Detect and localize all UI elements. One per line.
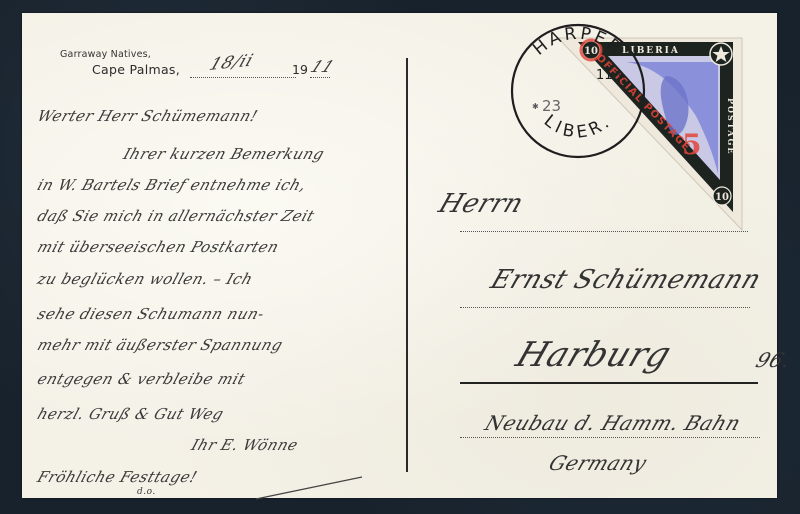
signature: Ihr E. Wönne [189, 436, 300, 454]
handwritten-date: 18/ii [206, 51, 256, 75]
message-annotation: d.o. [137, 487, 156, 497]
address-line-2 [460, 307, 750, 308]
postcard: Garraway Natives, Cape Palmas, 19 18/ii … [22, 13, 777, 498]
message-line: in W. Bartels Brief entnehme ich, [35, 176, 309, 194]
postmark-day: 23 [542, 97, 561, 115]
svg-text:LIBER.: LIBER. [540, 111, 616, 143]
printed-publisher-line: Garraway Natives, [60, 49, 151, 60]
svg-text:✱: ✱ [618, 72, 625, 81]
svg-text:✱: ✱ [532, 102, 539, 111]
message-line: Werter Herr Schümemann! [35, 107, 260, 125]
overprint-value: 5 [682, 128, 701, 161]
address-country: Germany [546, 451, 651, 475]
message-line: daß Sie mich in allernächster Zeit [35, 207, 317, 225]
date-dotted-line [190, 77, 296, 78]
address-salutation: Herrn [435, 189, 528, 219]
address-line-4 [460, 437, 760, 438]
address-city: Harburg [511, 335, 677, 375]
postmark-month: 11 [596, 68, 613, 83]
address-line-3 [460, 382, 758, 384]
message-line: zu beglücken wollen. – Ich [35, 270, 255, 288]
year-dotted-line [310, 77, 330, 78]
message-line: mehr mit äußerster Spannung [35, 336, 285, 354]
svg-text:POSTAGE: POSTAGE [726, 98, 736, 155]
signature-flourish [252, 473, 372, 503]
star-icon [710, 43, 732, 65]
message-line: mit überseeischen Postkarten [35, 238, 281, 256]
postmark-cancel: HARPER LIBER. ✱ 23 11 ✱ [508, 21, 648, 161]
message-line: Ihrer kurzen Bemerkung [121, 145, 327, 163]
message-line: herzl. Gruß & Gut Weg [35, 405, 226, 423]
printed-century: 19 [292, 62, 308, 77]
address-street: Neubau d. Hamm. Bahn [482, 411, 745, 435]
svg-text:10: 10 [715, 192, 729, 203]
center-divider [406, 58, 408, 472]
message-line: Fröhliche Festtage! [35, 468, 200, 486]
message-line: sehe diesen Schumann nun- [35, 305, 267, 323]
handwritten-year: 11 [308, 57, 338, 76]
message-line: entgegen & verbleibe mit [35, 370, 248, 388]
svg-text:HARPER: HARPER [529, 24, 626, 60]
printed-place-line: Cape Palmas, [92, 62, 180, 77]
address-name: Ernst Schümemann [487, 265, 766, 295]
